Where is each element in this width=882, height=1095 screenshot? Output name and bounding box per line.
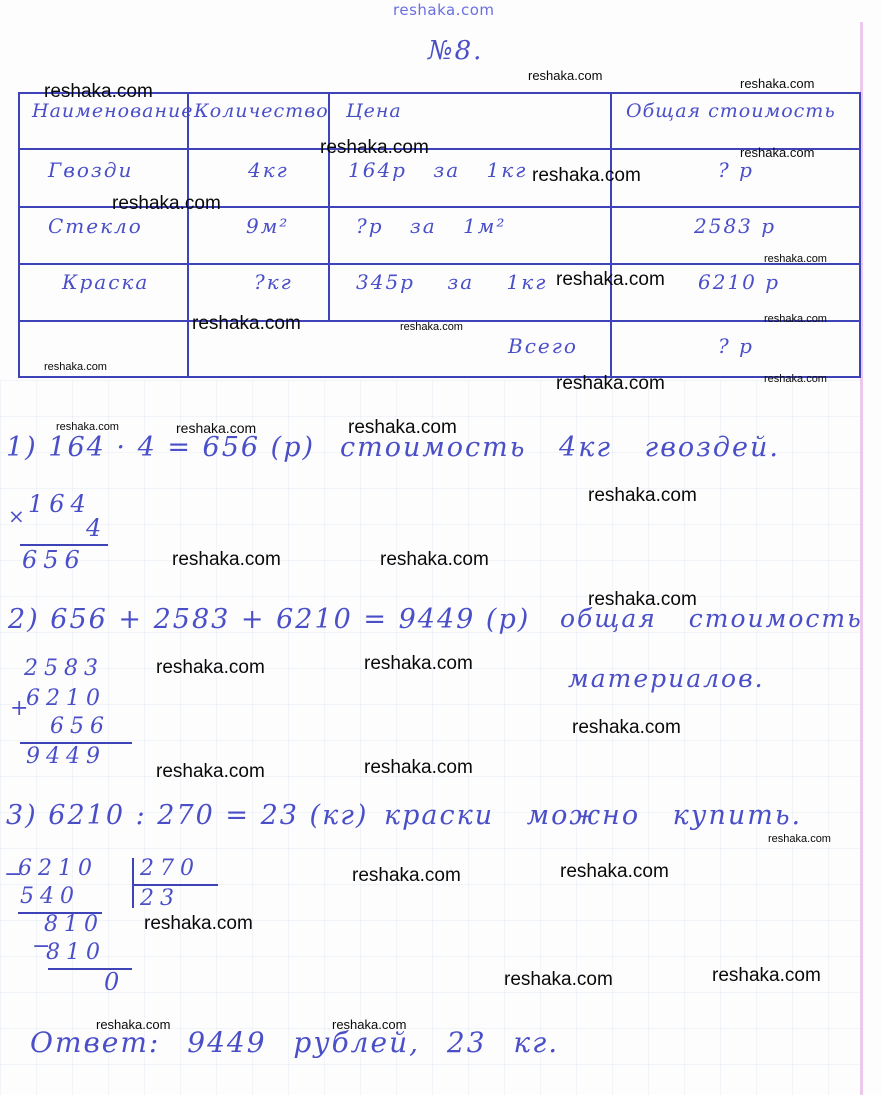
watermark: reshaka.com (380, 550, 489, 569)
step-3-expression: 3) 6210 : 270 = 23 (кг) (6, 800, 368, 831)
watermark: reshaka.com (156, 658, 265, 677)
watermark: reshaka.com (56, 422, 119, 433)
watermark: reshaka.com (768, 834, 831, 845)
header-price: Цена (346, 100, 402, 122)
watermark: reshaka.com (172, 550, 281, 569)
header-name: Наименование (32, 100, 193, 122)
watermark: reshaka.com (560, 862, 669, 881)
watermark: reshaka.com (764, 254, 827, 265)
watermark: reshaka.com (532, 166, 641, 185)
watermark: reshaka.com (96, 1018, 170, 1031)
watermark: reshaka.com (556, 374, 665, 393)
row-nails-price: 164р за 1кг (348, 158, 527, 182)
header-quantity: Количество (194, 100, 329, 122)
row-glass-name: Стекло (48, 214, 143, 238)
watermark: reshaka.com (764, 374, 827, 385)
watermark: reshaka.com (528, 69, 602, 82)
watermark: reshaka.com (320, 138, 429, 157)
watermark: reshaka.com (572, 718, 681, 737)
watermark: reshaka.com (156, 762, 265, 781)
watermark: reshaka.com (364, 758, 473, 777)
watermark: reshaka.com (588, 590, 697, 609)
step-3-comment: краски можно купить. (384, 800, 802, 831)
watermark: reshaka.com (400, 322, 463, 333)
row-paint-name: Краска (62, 270, 149, 294)
watermark: reshaka.com (504, 970, 613, 989)
watermark: reshaka.com (44, 82, 153, 101)
row-nails-name: Гвозди (48, 158, 133, 182)
row-nails-quantity: 4кг (248, 158, 289, 182)
watermark: reshaka.com (112, 194, 221, 213)
watermark: reshaka.com (712, 966, 821, 985)
row-paint-quantity: ?кг (254, 270, 293, 294)
step-2-comment-cont: материалов. (568, 664, 765, 693)
watermark: reshaka.com (192, 314, 301, 333)
row-total-label: Всего (508, 334, 578, 358)
task-table: Наименование Количество Цена Общая стоим… (18, 92, 861, 378)
watermark: reshaka.com (348, 418, 457, 437)
graph-paper-grid (0, 380, 860, 1095)
header-total: Общая стоимость (626, 100, 836, 122)
watermark-top: reshaka.com (393, 3, 495, 18)
row-total-value: ? р (718, 334, 754, 358)
watermark: reshaka.com (332, 1018, 406, 1031)
row-paint-price: 345р за 1кг (356, 270, 547, 294)
step-2-expression: 2) 656 + 2583 + 6210 = 9449 (р) (8, 604, 530, 635)
row-glass-total: 2583 р (694, 214, 776, 238)
watermark: reshaka.com (764, 314, 827, 325)
watermark: reshaka.com (144, 914, 253, 933)
watermark: reshaka.com (176, 421, 256, 435)
watermark: reshaka.com (740, 146, 814, 159)
watermark: reshaka.com (352, 866, 461, 885)
watermark: reshaka.com (740, 77, 814, 90)
watermark: reshaka.com (588, 486, 697, 505)
watermark: reshaka.com (556, 270, 665, 289)
row-paint-total: 6210 р (698, 270, 780, 294)
problem-number: №8. (428, 36, 483, 66)
row-glass-quantity: 9м² (246, 214, 289, 238)
watermark: reshaka.com (44, 362, 107, 373)
row-nails-total: ? р (718, 158, 754, 182)
watermark: reshaka.com (364, 654, 473, 673)
row-glass-price: ?р за 1м² (356, 214, 506, 238)
step-1-expression: 1) 164 · 4 = 656 (р) (6, 432, 315, 463)
